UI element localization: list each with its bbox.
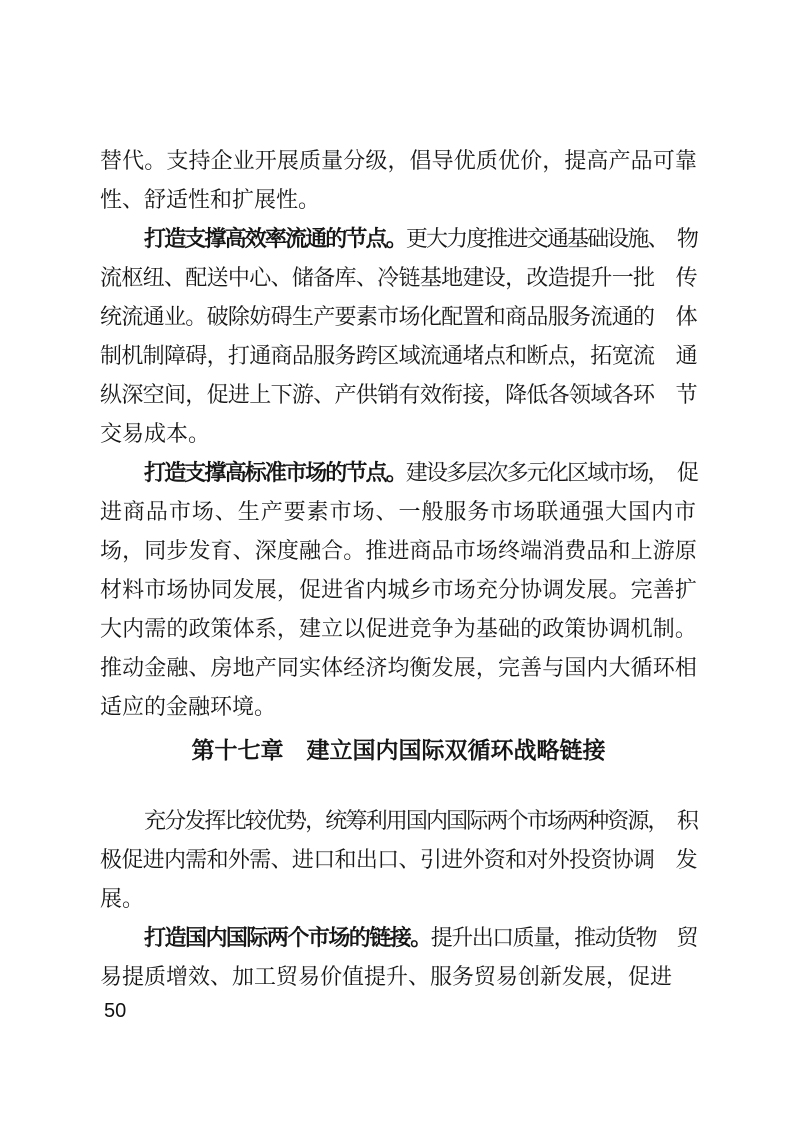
text-line: 大内需的政策体系，建立以促进竞争为基础的政策协调机制。 bbox=[100, 609, 697, 648]
bold-lead-text: 打造国内国际两个市场的链接。 bbox=[144, 925, 431, 950]
text-line: 打造支撑高标准市场的节点。建设多层次多元化区域市场， 促 bbox=[100, 453, 697, 492]
paragraph: 充分发挥比较优势，统筹利用国内国际两个市场两种资源， 积极促进内需和外需、进口和… bbox=[100, 801, 697, 918]
text-line: 纵深空间，促进上下游、产供销有效衔接，降低各领域各环 节 bbox=[100, 375, 697, 414]
text-line: 场，同步发育、深度融合。推进商品市场终端消费品和上游原 bbox=[100, 531, 697, 570]
text-line: 适应的金融环境。 bbox=[100, 687, 697, 726]
text-line: 制机制障碍，打通商品服务跨区域流通堵点和断点，拓宽流 通 bbox=[100, 336, 697, 375]
body-text: 纵深空间，促进上下游、产供销有效衔接，降低各领域各环 节 bbox=[100, 382, 697, 407]
body-text: 场，同步发育、深度融合。推进商品市场终端消费品和上游原 bbox=[100, 538, 697, 563]
body-text: 适应的金融环境。 bbox=[100, 694, 276, 719]
body-text: 充分发挥比较优势，统筹利用国内国际两个市场两种资源， 积 bbox=[144, 808, 697, 833]
paragraph: 打造支撑高标准市场的节点。建设多层次多元化区域市场， 促进商品市场、生产要素市场… bbox=[100, 453, 697, 726]
body-text: 性、舒适性和扩展性。 bbox=[100, 187, 320, 212]
page-number: 50 bbox=[104, 1000, 126, 1023]
document-body: 替代。支持企业开展质量分级，倡导优质优价，提高产品可靠性、舒适性和扩展性。打造支… bbox=[100, 141, 697, 996]
text-line-content: 场，同步发育、深度融合。推进商品市场终端消费品和上游原 bbox=[100, 531, 697, 570]
text-line: 交易成本。 bbox=[100, 414, 697, 453]
text-line-content: 交易成本。 bbox=[100, 414, 210, 453]
text-line: 易提质增效、加工贸易价值提升、服务贸易创新发展，促进 bbox=[100, 957, 697, 996]
body-text: 更大力度推进交通基础设施、 物 bbox=[406, 226, 697, 251]
text-line-content: 流枢纽、配送中心、储备库、冷链基地建设，改造提升一批 传 bbox=[100, 258, 697, 297]
text-line: 打造国内国际两个市场的链接。提升出口质量，推动货物 贸 bbox=[100, 918, 697, 957]
text-line-content: 展。 bbox=[100, 879, 144, 918]
text-line-content: 纵深空间，促进上下游、产供销有效衔接，降低各领域各环 节 bbox=[100, 375, 697, 414]
text-line: 推动金融、房地产同实体经济均衡发展，完善与国内大循环相 bbox=[100, 648, 697, 687]
text-line-content: 充分发挥比较优势，统筹利用国内国际两个市场两种资源， 积 bbox=[144, 801, 697, 840]
text-line: 材料市场协同发展，促进省内城乡市场充分协调发展。完善扩 bbox=[100, 570, 697, 609]
paragraph: 打造支撑高效率流通的节点。更大力度推进交通基础设施、 物流枢纽、配送中心、储备库… bbox=[100, 219, 697, 453]
text-line-content: 大内需的政策体系，建立以促进竞争为基础的政策协调机制。 bbox=[100, 609, 697, 648]
body-text: 流枢纽、配送中心、储备库、冷链基地建设，改造提升一批 传 bbox=[100, 265, 697, 290]
text-line: 打造支撑高效率流通的节点。更大力度推进交通基础设施、 物 bbox=[100, 219, 697, 258]
text-line-content: 打造支撑高标准市场的节点。建设多层次多元化区域市场， 促 bbox=[144, 453, 697, 492]
body-text: 展。 bbox=[100, 886, 144, 911]
body-text: 大内需的政策体系，建立以促进竞争为基础的政策协调机制。 bbox=[100, 616, 697, 641]
paragraph: 替代。支持企业开展质量分级，倡导优质优价，提高产品可靠性、舒适性和扩展性。 bbox=[100, 141, 697, 219]
text-line-content: 易提质增效、加工贸易价值提升、服务贸易创新发展，促进 bbox=[100, 957, 672, 996]
body-text: 易提质增效、加工贸易价值提升、服务贸易创新发展，促进 bbox=[100, 964, 672, 989]
text-line-content: 统流通业。破除妨碍生产要素市场化配置和商品服务流通的 体 bbox=[100, 297, 697, 336]
text-line: 替代。支持企业开展质量分级，倡导优质优价，提高产品可靠 bbox=[100, 141, 697, 180]
body-text: 替代。支持企业开展质量分级，倡导优质优价，提高产品可靠 bbox=[100, 148, 697, 173]
body-text: 推动金融、房地产同实体经济均衡发展，完善与国内大循环相 bbox=[100, 655, 697, 680]
text-line: 进商品市场、生产要素市场、一般服务市场联通强大国内市 bbox=[100, 492, 697, 531]
text-line: 统流通业。破除妨碍生产要素市场化配置和商品服务流通的 体 bbox=[100, 297, 697, 336]
body-text: 材料市场协同发展，促进省内城乡市场充分协调发展。完善扩 bbox=[100, 577, 697, 602]
body-text: 提升出口质量，推动货物 贸 bbox=[431, 925, 697, 950]
text-line-content: 推动金融、房地产同实体经济均衡发展，完善与国内大循环相 bbox=[100, 648, 697, 687]
text-line: 性、舒适性和扩展性。 bbox=[100, 180, 697, 219]
text-line: 充分发挥比较优势，统筹利用国内国际两个市场两种资源， 积 bbox=[100, 801, 697, 840]
paragraph: 打造国内国际两个市场的链接。提升出口质量，推动货物 贸易提质增效、加工贸易价值提… bbox=[100, 918, 697, 996]
bold-lead-text: 打造支撑高标准市场的节点。 bbox=[144, 460, 406, 485]
text-line-content: 性、舒适性和扩展性。 bbox=[100, 180, 320, 219]
body-text: 极促进内需和外需、进口和出口、引进外资和对外投资协调 发 bbox=[100, 847, 697, 872]
body-text: 进商品市场、生产要素市场、一般服务市场联通强大国内市 bbox=[100, 499, 697, 524]
body-text: 统流通业。破除妨碍生产要素市场化配置和商品服务流通的 体 bbox=[100, 304, 697, 329]
document-page: 替代。支持企业开展质量分级，倡导优质优价，提高产品可靠性、舒适性和扩展性。打造支… bbox=[0, 0, 793, 1122]
text-line: 流枢纽、配送中心、储备库、冷链基地建设，改造提升一批 传 bbox=[100, 258, 697, 297]
text-line-content: 制机制障碍，打通商品服务跨区域流通堵点和断点，拓宽流 通 bbox=[100, 336, 697, 375]
text-line-content: 替代。支持企业开展质量分级，倡导优质优价，提高产品可靠 bbox=[100, 141, 697, 180]
text-line-content: 打造国内国际两个市场的链接。提升出口质量，推动货物 贸 bbox=[144, 918, 697, 957]
body-text: 交易成本。 bbox=[100, 421, 210, 446]
text-line: 极促进内需和外需、进口和出口、引进外资和对外投资协调 发 bbox=[100, 840, 697, 879]
text-line-content: 进商品市场、生产要素市场、一般服务市场联通强大国内市 bbox=[100, 492, 697, 531]
text-line-content: 适应的金融环境。 bbox=[100, 687, 276, 726]
text-line-content: 材料市场协同发展，促进省内城乡市场充分协调发展。完善扩 bbox=[100, 570, 697, 609]
text-line-content: 打造支撑高效率流通的节点。更大力度推进交通基础设施、 物 bbox=[144, 219, 697, 258]
body-text: 制机制障碍，打通商品服务跨区域流通堵点和断点，拓宽流 通 bbox=[100, 343, 697, 368]
chapter-heading: 第十七章 建立国内国际双循环战略链接 bbox=[100, 735, 697, 765]
text-line-content: 极促进内需和外需、进口和出口、引进外资和对外投资协调 发 bbox=[100, 840, 697, 879]
bold-lead-text: 打造支撑高效率流通的节点。 bbox=[144, 226, 406, 251]
body-text: 建设多层次多元化区域市场， 促 bbox=[406, 460, 697, 485]
text-line: 展。 bbox=[100, 879, 697, 918]
